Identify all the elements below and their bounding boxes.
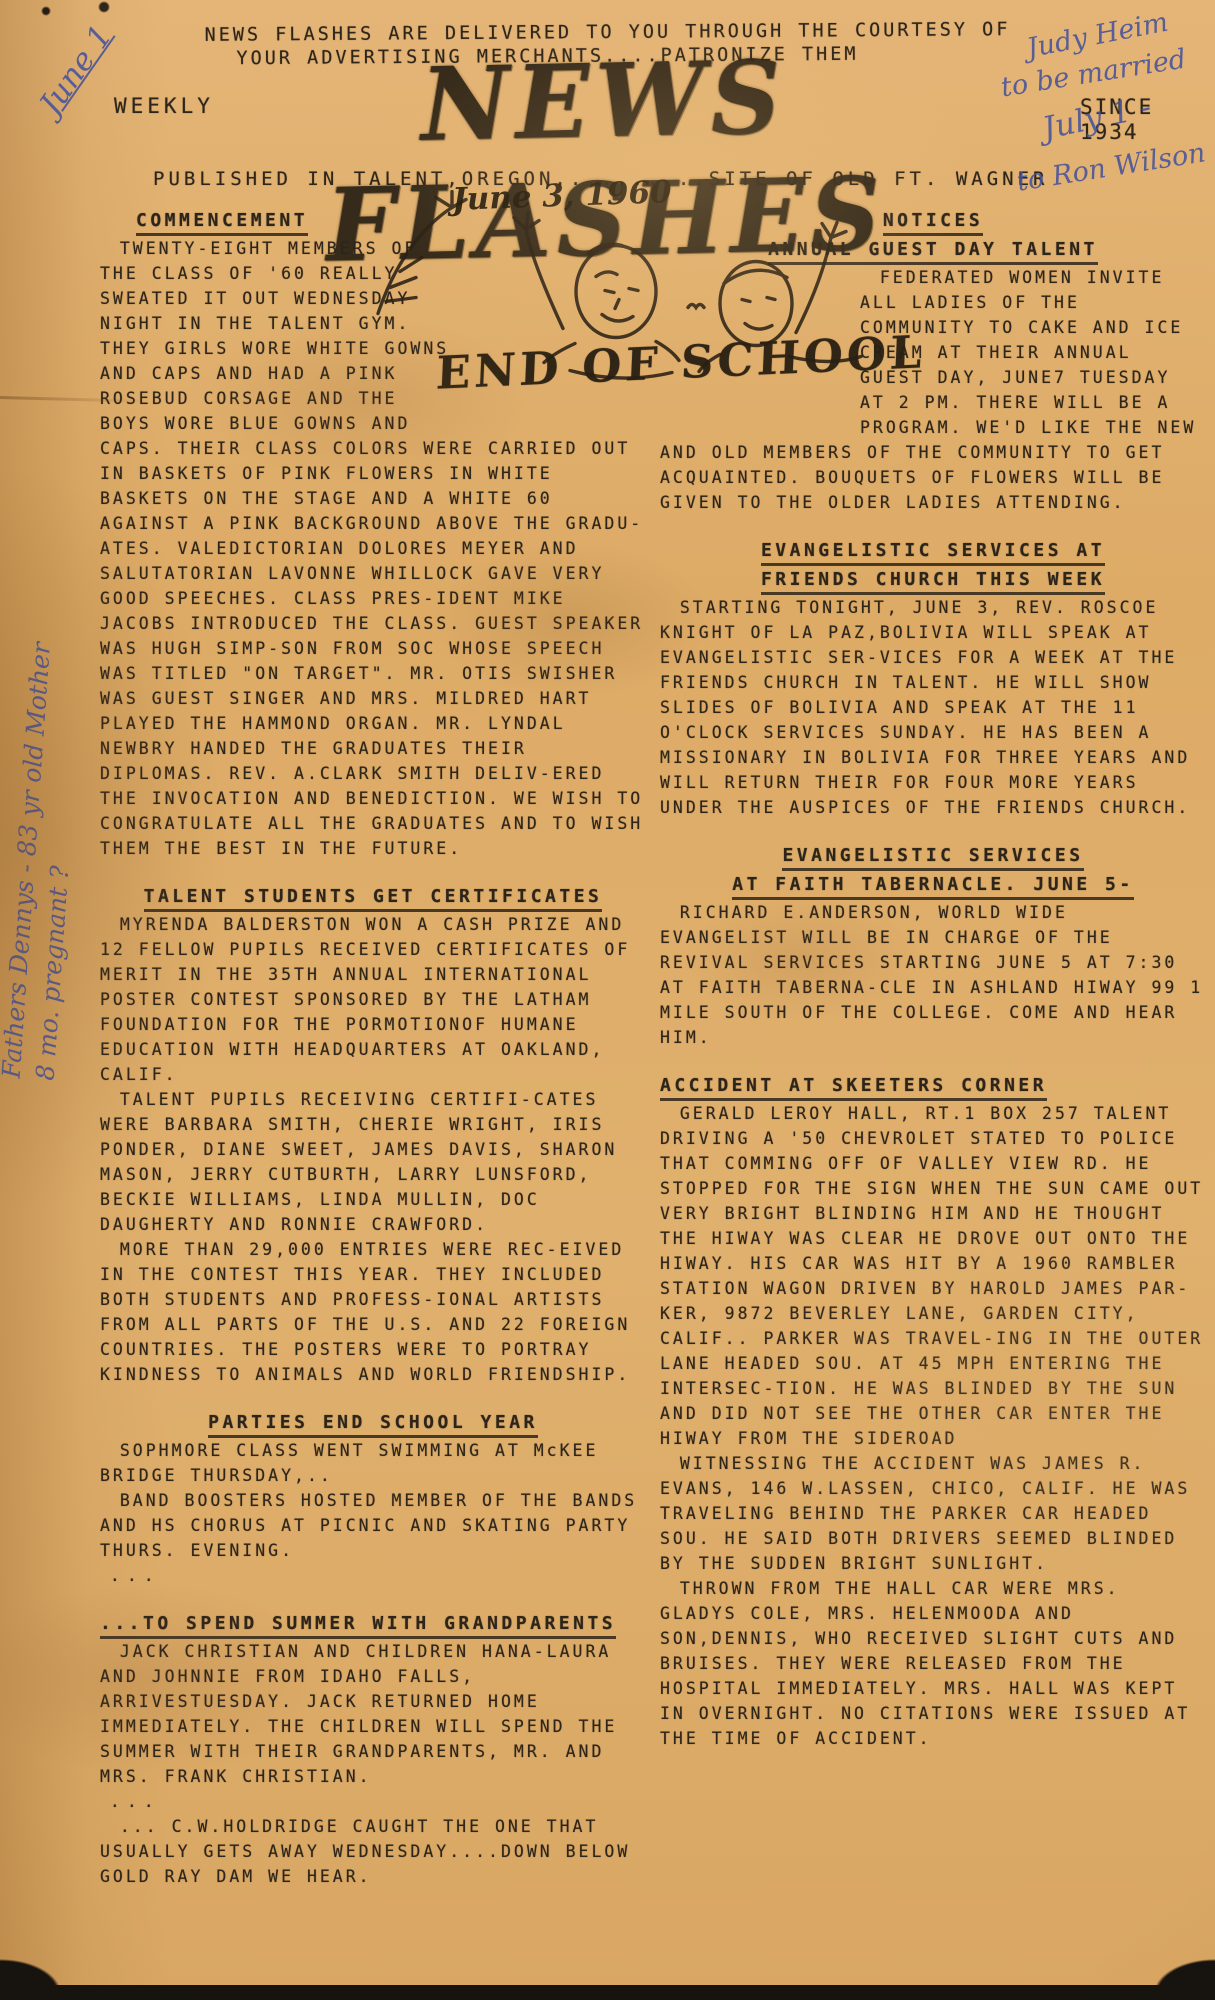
illustration-wrap-spacer	[451, 236, 646, 428]
handwritten-margin-note: Fathers Dennys - 83 yr old Mother 8 mo. …	[0, 518, 101, 1081]
article-faith-tabernacle: EVANGELISTIC SERVICES AT FAITH TABERNACL…	[660, 842, 1206, 1050]
handwritten-note-top-right-4: to Ron Wilson	[1015, 137, 1208, 197]
article-title: ACCIDENT AT SKEETERS CORNER	[660, 1072, 1206, 1101]
right-column: NOTICES ANNUAL GUEST DAY TALENT FEDERATE…	[660, 207, 1206, 1911]
article-paragraph: FEDERATED WOMEN INVITE ALL LADIES OF THE…	[660, 265, 1206, 515]
article-paragraph: WITNESSING THE ACCIDENT WAS JAMES R. EVA…	[660, 1451, 1206, 1576]
article-title: TALENT STUDENTS GET CERTIFICATES	[100, 883, 646, 912]
article-title: EVANGELISTIC SERVICES	[660, 842, 1206, 871]
article-accident: ACCIDENT AT SKEETERS CORNER GERALD LEROY…	[660, 1072, 1206, 1751]
separator-dots: ...	[100, 1789, 646, 1814]
article-title: ...TO SPEND SUMMER WITH GRANDPARENTS	[100, 1610, 646, 1639]
article-title: NOTICES	[660, 207, 1206, 236]
article-subtitle: FRIENDS CHURCH THIS WEEK	[660, 566, 1206, 595]
article-parties: PARTIES END SCHOOL YEAR SOPHMORE CLASS W…	[100, 1409, 646, 1588]
separator-dots: ...	[100, 1563, 646, 1588]
article-title: EVANGELISTIC SERVICES AT	[660, 537, 1206, 566]
newsletter-scan-page: NEWS FLASHES ARE DELIVERED TO YOU THROUG…	[0, 0, 1215, 2000]
article-subtitle: AT FAITH TABERNACLE. JUNE 5-	[660, 871, 1206, 900]
article-commencement: COMMENCEMENT TWENTY-EIGHT MEMBERS OF THE…	[100, 207, 646, 861]
article-paragraph: TWENTY-EIGHT MEMBERS OF THE CLASS OF '60…	[100, 236, 646, 861]
article-paragraph: THROWN FROM THE HALL CAR WERE MRS. GLADY…	[660, 1576, 1206, 1751]
article-paragraph: BAND BOOSTERS HOSTED MEMBER OF THE BANDS…	[100, 1488, 646, 1563]
article-paragraph: JACK CHRISTIAN AND CHILDREN HANA-LAURA A…	[100, 1639, 646, 1789]
handwritten-issue-date: June 3, 1960	[451, 174, 672, 218]
article-certificates: TALENT STUDENTS GET CERTIFICATES MYRENDA…	[100, 883, 646, 1387]
article-paragraph: ... C.W.HOLDRIDGE CAUGHT THE ONE THAT US…	[100, 1814, 646, 1889]
article-grandparents: ...TO SPEND SUMMER WITH GRANDPARENTS JAC…	[100, 1610, 646, 1889]
article-paragraph: STARTING TONIGHT, JUNE 3, REV. ROSCOE KN…	[660, 595, 1206, 820]
left-column: COMMENCEMENT TWENTY-EIGHT MEMBERS OF THE…	[100, 207, 646, 1911]
illustration-wrap-spacer	[660, 265, 860, 433]
article-paragraph: GERALD LEROY HALL, RT.1 BOX 257 TALENT D…	[660, 1101, 1206, 1451]
article-paragraph: MYRENDA BALDERSTON WON A CASH PRIZE AND …	[100, 912, 646, 1087]
article-friends-church: EVANGELISTIC SERVICES AT FRIENDS CHURCH …	[660, 537, 1206, 820]
article-title: PARTIES END SCHOOL YEAR	[100, 1409, 646, 1438]
article-paragraph: TALENT PUPILS RECEIVING CERTIFI-CATES WE…	[100, 1087, 646, 1237]
article-paragraph: SOPHMORE CLASS WENT SWIMMING AT McKEE BR…	[100, 1438, 646, 1488]
scan-edge-corner-left	[0, 1954, 70, 1994]
scan-edge-bottom	[0, 1985, 1215, 2000]
article-subtitle: ANNUAL GUEST DAY TALENT	[660, 236, 1206, 265]
article-paragraph: MORE THAN 29,000 ENTRIES WERE REC-EIVED …	[100, 1237, 646, 1387]
article-notices: NOTICES ANNUAL GUEST DAY TALENT FEDERATE…	[660, 207, 1206, 515]
scan-edge-corner-right	[1145, 1954, 1215, 1994]
article-paragraph: RICHARD E.ANDERSON, WORLD WIDE EVANGELIS…	[660, 900, 1206, 1050]
